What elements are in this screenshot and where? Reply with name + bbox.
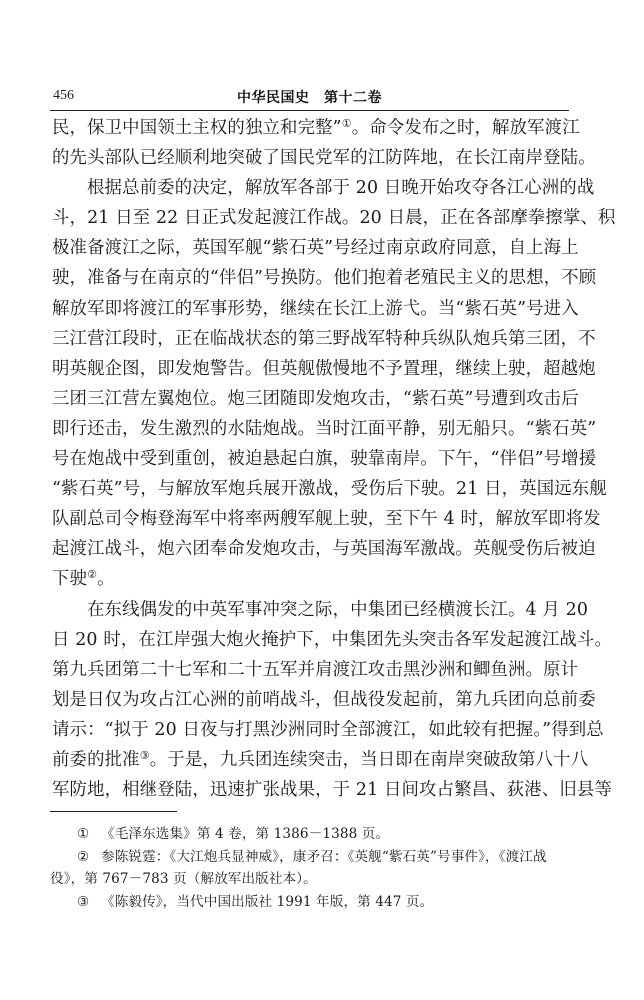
text-line: 驶，准备与在南京的“伴侣”号换防。他们抱着老殖民主义的思想，不顾	[52, 263, 570, 293]
text-line: “紫石英”号，与解放军炮兵展开激战，受伤后下驶。21 日，英国远东舰	[52, 474, 570, 504]
text-line: 请示：“拟于 20 日夜与打黑沙洲同时全部渡江，如此较有把握。”得到总	[52, 715, 570, 745]
text-line: 号在炮战中受到重创，被迫悬起白旗，驶靠南岸。下午，“伴侣”号增援	[52, 444, 570, 474]
text-line: 即行还击，发生激烈的水陆炮战。当时江面平静，别无船只。“紫石英”	[52, 414, 570, 444]
footnote-divider	[50, 811, 177, 812]
text-line: 日 20 时，在江岸强大炮火掩护下，中集团先头突击各军发起渡江战斗。	[52, 625, 570, 655]
footnotes: ①《毛泽东选集》第 4 卷，第 1386－1388 页。 ②参陈锐霆：《大江炮兵…	[50, 823, 570, 913]
book-page: 456 中华民国史 第十二卷 民，保卫中国领土主权的独立和完整”①。命令发布之时…	[0, 0, 644, 1000]
text-line: 三江营江段时，正在临战状态的第三野战军特种兵纵队炮兵第三团，不	[52, 324, 570, 354]
footnote-mark: ①	[77, 823, 101, 846]
text-line: 划是日仅为攻占江心洲的前哨战斗，但战役发起前，第九兵团向总前委	[52, 685, 570, 715]
text-line: 下驶②。	[52, 564, 570, 594]
footnote-ref-2[interactable]: ②	[87, 568, 97, 581]
footnote-3: ③《陈毅传》，当代中国出版社 1991 年版，第 447 页。	[50, 891, 570, 914]
footnote-text: 参陈锐霆：《大江炮兵显神威》，康矛召：《英舰“紫石英”号事件》，《渡江战	[101, 849, 547, 865]
text-line: 民，保卫中国领土主权的独立和完整”①。命令发布之时，解放军渡江	[52, 113, 570, 143]
line-text: 民，保卫中国领土主权的独立和完整”	[52, 118, 342, 138]
running-title: 中华民国史 第十二卷	[50, 87, 569, 107]
footnote-ref-1[interactable]: ①	[342, 117, 352, 130]
footnote-text: 《毛泽东选集》第 4 卷，第 1386－1388 页。	[101, 826, 389, 842]
footnote-2: ②参陈锐霆：《大江炮兵显神威》，康矛召：《英舰“紫石英”号事件》，《渡江战	[50, 846, 570, 869]
paragraph-start-line: 根据总前委的决定，解放军各部于 20 日晚开始攻夺各江心洲的战	[52, 173, 570, 203]
text-line: 斗，21 日至 22 日正式发起渡江作战。20 日晨，正在各部摩拳擦掌、积	[52, 203, 570, 233]
text-line: 解放军即将渡江的军事形势，继续在长江上游弋。当“紫石英”号进入	[52, 294, 570, 324]
line-text: 。于是，九兵团连续突击，当日即在南岸突破敌第八十八	[150, 750, 589, 770]
paragraph-start-line: 在东线偶发的中英军事冲突之际，中集团已经横渡长江。4 月 20	[52, 595, 570, 625]
footnote-2-continued: 役》，第 767－783 页（解放军出版社本）。	[50, 868, 570, 891]
text-line: 军防地，相继登陆，迅速扩张战果，于 21 日间攻占繁昌、荻港、旧县等	[52, 775, 570, 805]
line-text: 。	[97, 569, 115, 589]
text-line: 前委的批准③。于是，九兵团连续突击，当日即在南岸突破敌第八十八	[52, 745, 570, 775]
footnote-ref-3[interactable]: ③	[140, 749, 150, 762]
page-header: 456 中华民国史 第十二卷	[50, 86, 569, 111]
body-text: 民，保卫中国领土主权的独立和完整”①。命令发布之时，解放军渡江 的先头部队已经顺…	[52, 113, 570, 805]
text-line: 起渡江战斗，炮六团奉命发炮攻击，与英国海军激战。英舰受伤后被迫	[52, 534, 570, 564]
text-line: 第九兵团第二十七军和二十五军并肩渡江攻击黑沙洲和鲫鱼洲。原计	[52, 655, 570, 685]
text-line: 明英舰企图，即发炮警告。但英舰傲慢地不予置理，继续上驶，超越炮	[52, 354, 570, 384]
footnote-mark: ③	[77, 891, 101, 914]
footnote-text: 《陈毅传》，当代中国出版社 1991 年版，第 447 页。	[101, 894, 433, 910]
footnote-1: ①《毛泽东选集》第 4 卷，第 1386－1388 页。	[50, 823, 570, 846]
text-line: 极准备渡江之际，英国军舰“紫石英”号经过南京政府同意，自上海上	[52, 233, 570, 263]
text-line: 队副总司令梅登海军中将率两艘军舰上驶，至下午 4 时，解放军即将发	[52, 504, 570, 534]
text-line: 三团三江营左翼炮位。炮三团随即发炮攻击，“紫石英”号遭到攻击后	[52, 384, 570, 414]
text-line: 的先头部队已经顺利地突破了国民党军的江防阵地，在长江南岸登陆。	[52, 143, 570, 173]
line-text: 。命令发布之时，解放军渡江	[352, 118, 580, 138]
footnote-mark: ②	[77, 846, 101, 869]
line-text: 前委的批准	[52, 750, 140, 770]
line-text: 下驶	[52, 569, 87, 589]
